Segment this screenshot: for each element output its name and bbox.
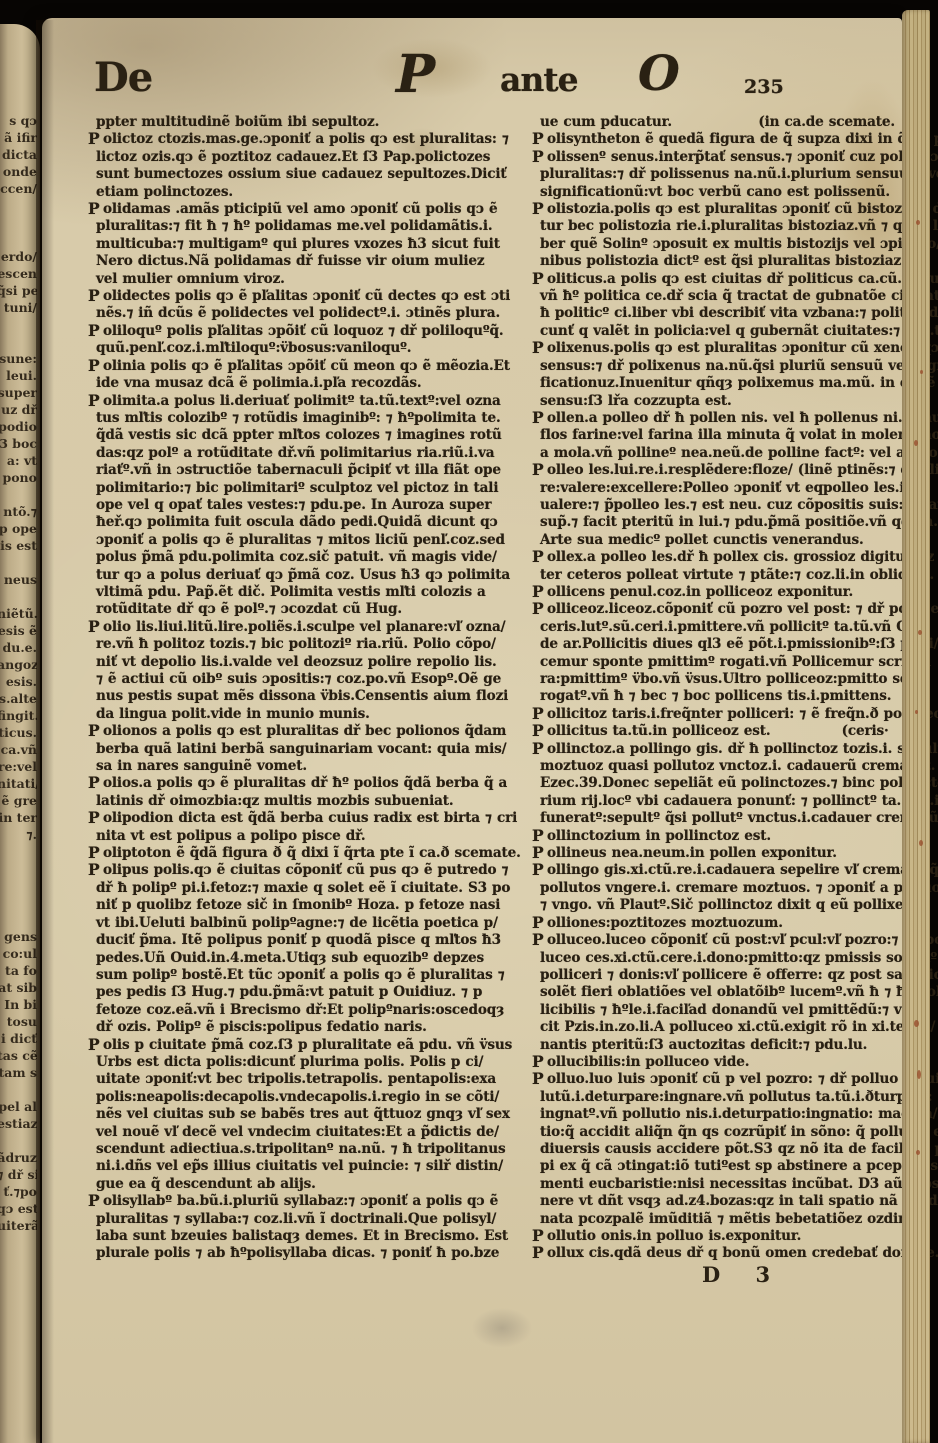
text-line: Polio lis.liui.litũ.lire.poliẽs.i.sculpe…	[88, 619, 526, 636]
text-line: pi ex q̃ cã ɔtingat:iõ tutiºest sp absti…	[532, 1158, 938, 1175]
line-text: moztuoz quasi pollutoz vnctoz.i. cadauer…	[540, 758, 935, 774]
text-column-right: ue cum pducatur. (in ca.de scemate.Polis…	[532, 114, 938, 1263]
line-text: scendunt adiectiua.s.tripolitanº na.nũ. …	[96, 1141, 506, 1157]
text-line: Ezec.39.Donec sepeliãt eũ polinctozes.⁊ …	[532, 775, 938, 792]
line-text: niť p quolibz fetoze sič in ſmonibº Hoza…	[96, 897, 500, 913]
gutter-fragment	[0, 486, 37, 503]
text-line: vel mulier omnium viroz.	[88, 271, 526, 288]
line-text: ollicitoz taris.i.freq̃nter polliceri: ⁊…	[547, 706, 938, 722]
line-text: gue ea q̃ descendunt ab alijs.	[96, 1176, 316, 1192]
line-text: Nero dictus.Nã polidamas dř fuisse vir o…	[96, 253, 484, 269]
gutter-fragment: ntõ.⁊	[0, 503, 37, 520]
previous-page-edge: s qɔã ifirdictaondeccen/erdo/escenq̃si p…	[0, 24, 40, 1443]
line-text: etiam polinctozes.	[96, 184, 233, 200]
paragraph-initial: P	[532, 271, 547, 287]
text-line: lictoz ozis.qɔ ẽ poztitoz cadauez.Et ſ3 …	[88, 149, 526, 166]
edge-speckle	[916, 1150, 920, 1155]
gutter-fragment: at sib	[0, 979, 37, 996]
paragraph-initial: P	[532, 706, 547, 722]
line-text: cunť q valẽt in policia:vel q gubernãt c…	[540, 323, 938, 339]
text-line: Polios.a polis qɔ ẽ pluralitas dř ħº pol…	[88, 775, 526, 792]
text-line: duciť p̃ma. Itẽ polipus poniť p quodã pi…	[88, 932, 526, 949]
text-line: vltimã pdu. Pap̃.ẽt dič. Polimita vestis…	[88, 584, 526, 601]
paragraph-initial: P	[532, 601, 547, 617]
line-text: pluralitas:⁊ fit ħ ⁊ ħº polidamas me.vel…	[96, 218, 492, 234]
line-text: nus pestis supat mẽs dissona v̈bis.Cense…	[96, 688, 508, 704]
text-line: sensus:⁊ dř polixenus na.nũ.q̃si pluriũ …	[532, 358, 938, 375]
text-line: solẽt fieri oblatiões vel oblatõibº luce…	[532, 984, 938, 1001]
edge-speckle	[914, 440, 918, 446]
text-line: ⁊ ẽ actiui cũ oibº suis ɔpositis:⁊ coz.p…	[88, 671, 526, 688]
line-text: q̃dã vestis sic dcã ppter mľtos colozes …	[96, 427, 502, 443]
line-text: olipus polis.qɔ ẽ ciuitas cõponiť cũ pus…	[103, 862, 508, 878]
line-text: ppter multitudinẽ boiũm ibi sepultoz.	[96, 114, 379, 130]
text-line: Pollicens penul.coz.in polliceoz exponit…	[532, 584, 938, 601]
text-line: funeratº:sepultº q̃si pollutº vnctus.i.c…	[532, 810, 938, 827]
line-text: olistozia.polis qɔ est pluralitas ɔponiť…	[547, 201, 938, 217]
line-text: pluralitas:⁊ dř polissenus na.nũ.i.pluri…	[540, 166, 938, 182]
gutter-fragment	[0, 1081, 37, 1098]
line-text: nita vt est polipus a polipo pisce dř.	[96, 828, 365, 844]
gutter-fragment: ⁊.	[0, 826, 37, 843]
line-text: olios.a polis qɔ ẽ pluralitas dř ħº poli…	[103, 775, 507, 791]
gutter-fragment: a: vt	[0, 452, 37, 469]
text-line: laba sunt bzeuies balistaqȝ demes. Et in…	[88, 1228, 526, 1245]
line-text: diuersis causis accidere põt.S3 qz nõ it…	[540, 1141, 938, 1157]
text-line: ceris.lutº.sũ.ceri.i.pmittere.vñ pollici…	[532, 619, 938, 636]
header-word-de: De	[94, 54, 152, 101]
text-line: nibus polistozia dictº est q̃si pluralit…	[532, 253, 938, 270]
gutter-fragment: ca.vñ	[0, 741, 37, 758]
text-line: sensu:ſ3 lřa cozzupta est.	[532, 393, 938, 410]
text-line: pedes.Uñ Ouid.in.4.meta.Utiqȝ sub equozi…	[88, 950, 526, 967]
line-text: ualere:⁊ p̃polleo les.⁊ est neu. cuz cõp…	[540, 497, 938, 513]
gutter-fragment: ť.⁊po	[0, 1183, 37, 1200]
text-line: vt ibi.Ueluti balbinũ polipºagne:⁊ de li…	[88, 915, 526, 932]
line-text: luceo ces.xi.ctũ.cere.i.dono:pmitto:qz p…	[540, 950, 937, 966]
line-text: Arte sua medicº pollet cunctis venerandu…	[540, 532, 864, 548]
text-line: sa in nares sanguinẽ vomet.	[88, 758, 526, 775]
edge-speckle	[914, 1020, 919, 1027]
text-line: Polidectes polis qɔ ẽ pľalitas ɔponiť cũ…	[88, 288, 526, 305]
text-line: Polixenus.polis qɔ est pluralitas ɔponit…	[532, 340, 938, 357]
line-text: fetoze coz.eã.vñ i Brecismo dř:Et polipº…	[96, 1002, 504, 1018]
gutter-fragment	[0, 554, 37, 571]
line-text: ingnatº.vñ pollutio nis.i.deturpatio:ing…	[540, 1106, 937, 1122]
line-text: ber quẽ Solinº ɔposuit ex multis bistozi…	[540, 236, 938, 252]
line-text: nẽs.⁊ iñ dcũs ẽ polidectes vel polidectº…	[96, 305, 500, 321]
text-line: nẽs vel ciuitas sub se babẽs tres aut q̃…	[88, 1106, 526, 1123]
text-line: tio:q̃ accidit aliq̃n q̃n qs cozrũpiť in…	[532, 1124, 938, 1141]
ink-smudge	[472, 1308, 532, 1348]
text-line: pluralitas:⁊ dř polissenus na.nũ.i.pluri…	[532, 166, 938, 183]
line-text: ollinctoz.a pollingo gis. dř ħ pollincto…	[547, 741, 938, 757]
page-edges	[902, 10, 930, 1443]
line-text: ħeř.qɔ polimita fuit oscula dãdo pedi.Qu…	[96, 514, 498, 530]
line-text: vñ ħº politica ce.dř scia q̃ tractat de …	[540, 288, 938, 304]
gutter-fragment: ccen/	[0, 180, 37, 197]
edge-speckle	[919, 840, 923, 846]
paragraph-initial: P	[88, 775, 103, 791]
line-text: vel nouẽ vľ decẽ vel vndecim ciuitates:E…	[96, 1124, 499, 1140]
line-text: dř ozis. Polipº ẽ piscis:polipus fedatio…	[96, 1019, 427, 1035]
line-text: rogatº.vñ ħ ⁊ bec ⁊ boc pollicens tis.i.…	[540, 688, 891, 704]
gutter-fragment	[0, 214, 37, 231]
text-line: Pollinctoz.a pollingo gis. dř ħ pollinct…	[532, 741, 938, 758]
gutter-fragment	[0, 877, 37, 894]
gutter-fragment: tosu	[0, 1013, 37, 1030]
gutter-fragment	[0, 1132, 37, 1149]
line-text: olidectes polis qɔ ẽ pľalitas ɔponiť cũ …	[103, 288, 510, 304]
text-line: rotũditate dř qɔ ẽ polº.⁊ ɔcozdat cũ Hug…	[88, 601, 526, 618]
line-text: olisyntheton ẽ quedã figura de q̃ supza …	[547, 131, 938, 147]
text-line: pollutos vngere.i. cremare moztuos. ⁊ ɔp…	[532, 880, 938, 897]
paragraph-initial: P	[88, 1037, 103, 1053]
text-line: vel nouẽ vľ decẽ vel vndecim ciuitates:E…	[88, 1124, 526, 1141]
line-text: sa in nares sanguinẽ vomet.	[96, 758, 307, 774]
line-text: polimitario:⁊ bic polimitariº sculptoz v…	[96, 480, 498, 496]
text-line: ppter multitudinẽ boiũm ibi sepultoz.	[88, 114, 526, 131]
text-line: Pollingo gis.xi.ctũ.re.i.cadauera sepeli…	[532, 862, 938, 879]
text-line: Polleo les.lui.re.i.resplẽdere:floze/ (l…	[532, 462, 938, 479]
text-line: da lingua polit.vide in munio munis.	[88, 706, 526, 723]
line-text: olio lis.liui.litũ.lire.poliẽs.i.sculpe …	[103, 619, 506, 635]
line-text: olionos a polis qɔ est pluralitas dř bec…	[103, 723, 506, 739]
line-text: olluceo.luceo cõponiť cũ post:vľ pcul:vľ…	[547, 932, 938, 948]
gutter-fragment: tam s	[0, 1064, 37, 1081]
text-line: Polluo.luo luis ɔponiť cũ p vel pozro: ⁊…	[532, 1071, 938, 1088]
text-line: polimitario:⁊ bic polimitariº sculptoz v…	[88, 480, 526, 497]
line-text: vt ibi.Ueluti balbinũ polipºagne:⁊ de li…	[96, 915, 498, 931]
text-line: Polionos a polis qɔ est pluralitas dř be…	[88, 723, 526, 740]
text-line: gue ea q̃ descendunt ab alijs.	[88, 1176, 526, 1193]
text-line: sunt bumectozes ossium siue cadauez sepu…	[88, 166, 526, 183]
text-line: Politicus.a polis qɔ est ciuitas dř poli…	[532, 271, 938, 288]
text-line: a mola.vñ pollineº nea.neũ.de polline fa…	[532, 445, 938, 462]
line-text: laba sunt bzeuies balistaqȝ demes. Et in…	[96, 1228, 508, 1244]
line-text: Ezec.39.Donec sepeliãt eũ polinctozes.⁊ …	[540, 775, 938, 791]
line-text: sensus:⁊ dř polixenus na.nũ.q̃si pluriũ …	[540, 358, 938, 374]
line-text: nata pcozpalẽ imũditiã ⁊ mẽtis bebetatiõ…	[540, 1211, 927, 1227]
line-text: de ar.Pollicitis diues ql3 eẽ põt.i.pmis…	[540, 636, 938, 652]
line-text: olinia polis qɔ ẽ pľalitas ɔpõiť cũ meon…	[103, 358, 510, 374]
line-text: ope vel q opať tales vestes:⁊ pdu.pe. In…	[96, 497, 491, 513]
text-line: Pollineus nea.neum.in pollen exponitur.	[532, 845, 938, 862]
line-text: oliptoton ẽ q̃dã figura ð q̃ dixi ĩ q̃rt…	[103, 845, 521, 861]
gutter-fragment: ã ifir	[0, 129, 37, 146]
gutter-fragment: esis ẽ	[0, 622, 37, 639]
line-text: ɔponiť a polis qɔ ẽ pluralitas ⁊ mitos l…	[96, 532, 505, 548]
line-text: re.vñ ħ politoz tozis.⁊ bic politoziº ri…	[96, 636, 496, 652]
text-line: Polisyllabº ba.bũ.i.pluriũ syllabaz:⁊ ɔp…	[88, 1193, 526, 1210]
text-line: niť vt depolio lis.i.valde vel deozsuz p…	[88, 654, 526, 671]
paragraph-initial: P	[532, 1054, 547, 1070]
gutter-fragment: 3 boc	[0, 435, 37, 452]
gutter-fragment: s qɔ	[0, 112, 37, 129]
text-line: cunť q valẽt in policia:vel q gubernãt c…	[532, 323, 938, 340]
text-line: Pollicitoz taris.i.freq̃nter polliceri: …	[532, 706, 938, 723]
gutter-fragment: esis.	[0, 673, 37, 690]
header-initial-o: O	[638, 46, 679, 102]
line-text: ni.i.dñs vel ep̃s illius ciuitatis vel p…	[96, 1158, 503, 1174]
text-line: Polluceo.luceo cõponiť cũ post:vľ pcul:v…	[532, 932, 938, 949]
text-line: ope vel q opať tales vestes:⁊ pdu.pe. In…	[88, 497, 526, 514]
paragraph-initial: P	[532, 549, 547, 565]
paragraph-initial: P	[532, 1071, 547, 1087]
edge-speckle	[916, 220, 920, 225]
edge-speckle	[917, 1070, 921, 1079]
line-text: nẽs vel ciuitas sub se babẽs tres aut q̃…	[96, 1106, 510, 1122]
paragraph-initial: P	[532, 584, 547, 600]
paragraph-initial: P	[532, 845, 547, 861]
line-text: tur bec polistozia rie.i.pluralitas bist…	[540, 218, 938, 234]
text-line: ber quẽ Solinº ɔposuit ex multis bistozi…	[532, 236, 938, 253]
text-line: vñ ħº politica ce.dř scia q̃ tractat de …	[532, 288, 938, 305]
paragraph-initial: P	[532, 915, 547, 931]
line-text: plurale polis ⁊ ab ħºpolisyllaba dicas. …	[96, 1245, 499, 1261]
line-text: olisyllabº ba.bũ.i.pluriũ syllabaz:⁊ ɔpo…	[103, 1193, 498, 1209]
text-line: nere vt dñt vsqȝ ad.z4.bozas:qz in tali …	[532, 1193, 938, 1210]
text-line: ue cum pducatur. (in ca.de scemate.	[532, 114, 938, 131]
edge-speckle	[918, 630, 922, 635]
paragraph-initial: P	[88, 845, 103, 861]
text-line: re.vñ ħ politoz tozis.⁊ bic politoziº ri…	[88, 636, 526, 653]
text-line: etiam polinctozes.	[88, 184, 526, 201]
text-line: ɔponiť a polis qɔ ẽ pluralitas ⁊ mitos l…	[88, 532, 526, 549]
line-text: pluralitas ⁊ syllaba:⁊ coz.li.vñ ĩ doctr…	[96, 1211, 496, 1227]
paragraph-initial: P	[88, 862, 103, 878]
line-text: Urbs est dicta polis:dicunť plurima poli…	[96, 1054, 483, 1070]
text-line: das:qz polº a rotũditate dř.vñ polimitar…	[88, 445, 526, 462]
text-line: pluralitas:⁊ fit ħ ⁊ ħº polidamas me.vel…	[88, 218, 526, 235]
line-text: ollutio onis.in polluo is.exponitur.	[547, 1228, 801, 1244]
line-text: ollinctozium in pollinctoz est.	[547, 828, 771, 844]
line-text: ficationuz.Inuenitur qñqȝ polixemus ma.m…	[540, 375, 935, 391]
line-text: significationũ:vt boc verbũ cano est pol…	[540, 184, 890, 200]
text-line: Polissenº senus.interp̃tať sensus.⁊ ɔpon…	[532, 149, 938, 166]
text-line: ra:pmittimº v̈bo.vñ v̈sus.Ultro polliceo…	[532, 671, 938, 688]
paragraph-initial: P	[532, 462, 547, 478]
paragraph-initial: P	[532, 410, 547, 426]
text-line: Polictoz ctozis.mas.ge.ɔponiť a polis qɔ…	[88, 131, 526, 148]
paragraph-initial: P	[532, 340, 547, 356]
line-text: vltimã pdu. Pap̃.ẽt dič. Polimita vestis…	[96, 584, 486, 600]
line-text: ⁊ vngo. vñ Plautº.Sič pollinctoz dixit q…	[540, 897, 930, 913]
gutter-fragment	[0, 333, 37, 350]
paragraph-initial: P	[88, 323, 103, 339]
line-text: rotũditate dř qɔ ẽ polº.⁊ ɔcozdat cũ Hug…	[96, 601, 402, 617]
text-line: menti eucbaristie:nisi necessitas incũba…	[532, 1176, 938, 1193]
paragraph-initial: P	[88, 201, 103, 217]
text-line: nus pestis supat mẽs dissona v̈bis.Cense…	[88, 688, 526, 705]
text-line: nita vt est polipus a polipo pisce dř.	[88, 828, 526, 845]
gutter-fragment: In bi	[0, 996, 37, 1013]
page: De P ante O 235 ppter multitudinẽ boiũm …	[42, 18, 902, 1443]
line-text: funeratº:sepultº q̃si pollutº vnctus.i.c…	[540, 810, 938, 826]
line-text: pes pedis ſ3 Hug.⁊ pdu.p̃mã:vt patuit p …	[96, 984, 482, 1000]
text-line: Nero dictus.Nã polidamas dř fuisse vir o…	[88, 253, 526, 270]
gutter-fragment	[0, 911, 37, 928]
text-line: luceo ces.xi.ctũ.cere.i.dono:pmitto:qz p…	[532, 950, 938, 967]
paragraph-initial: P	[88, 358, 103, 374]
gutter-fragment: ẽ gre	[0, 792, 37, 809]
text-line: Polimita.a polus li.deriuať polimitº ta.…	[88, 393, 526, 410]
gutter-fragment: angoz	[0, 656, 37, 673]
line-text: ⁊ ẽ actiui cũ oibº suis ɔpositis:⁊ coz.p…	[96, 671, 501, 687]
quire-signature: D 3	[702, 1262, 784, 1287]
paragraph-initial: P	[532, 932, 547, 948]
text-line: significationũ:vt boc verbũ cano est pol…	[532, 184, 938, 201]
line-text: da lingua polit.vide in munio munis.	[96, 706, 370, 722]
gutter-fragment: onde	[0, 163, 37, 180]
gutter-fragment: gens	[0, 928, 37, 945]
text-line: ualere:⁊ p̃polleo les.⁊ est neu. cuz cõp…	[532, 497, 938, 514]
text-line: latinis dř oimozbia:qz multis mozbis sub…	[88, 793, 526, 810]
text-line: Polisyntheton ẽ quedã figura de q̃ supza…	[532, 131, 938, 148]
paragraph-initial: P	[532, 149, 547, 165]
line-text: dř ħ polipº pi.i.fetoz:⁊ maxie q solet e…	[96, 880, 510, 896]
line-text: oliloquº polis pľalitas ɔpõiť cũ loquoz …	[103, 323, 503, 339]
line-text: quũ.penľ.coz.i.mľtiloquº:v̈bosus:vaniloq…	[96, 340, 411, 356]
text-line: Polliones:poztitozes moztuozum.	[532, 915, 938, 932]
line-text: olis p ciuitate p̃mã coz.ſ3 p pluralitat…	[103, 1037, 512, 1053]
text-line: Pollutio onis.in polluo is.exponitur.	[532, 1228, 938, 1245]
text-line: q̃dã vestis sic dcã ppter mľtos colozes …	[88, 427, 526, 444]
text-line: niť p quolibz fetoze sič in ſmonibº Hoza…	[88, 897, 526, 914]
text-line: Polipus polis.qɔ ẽ ciuitas cõponiť cũ pu…	[88, 862, 526, 879]
text-line: ide vna musaz dcã ẽ polimia.i.pľa recozd…	[88, 375, 526, 392]
line-text: tur qɔ a polus deriuať qɔ p̃mã coz. Usus…	[96, 567, 510, 583]
paragraph-initial: P	[88, 393, 103, 409]
gutter-fragment: niẽtũ.	[0, 605, 37, 622]
gutter-fragment: is est	[0, 537, 37, 554]
gutter-fragment: super	[0, 384, 37, 401]
line-text: solẽt fieri oblatiões vel oblatõibº luce…	[540, 984, 938, 1000]
gutter-fragment: q̃si pe	[0, 282, 37, 299]
line-text: ollicens penul.coz.in polliceoz exponitu…	[547, 584, 853, 600]
text-line: cemur sponte pmittimº rogati.vñ Pollicem…	[532, 654, 938, 671]
text-line: pes pedis ſ3 Hug.⁊ pdu.p̃mã:vt patuit p …	[88, 984, 526, 1001]
line-text: sum polipº bostẽ.Et tũc ɔponiť a polis q…	[96, 967, 505, 983]
text-line: Polipodion dicta est q̃dã berba cuius ra…	[88, 810, 526, 827]
line-text: cit Pzis.in.zo.li.A polluceo xi.ctũ.exig…	[540, 1019, 935, 1035]
line-text: multicuba:⁊ multigamº qui plures vxozes …	[96, 236, 500, 252]
text-line: polus p̃mã pdu.polimita coz.sič patuit. …	[88, 549, 526, 566]
line-text: sunt bumectozes ossium siue cadauez sepu…	[96, 166, 507, 182]
gutter-fragment: tas cẽ	[0, 1047, 37, 1064]
paragraph-initial: P	[88, 288, 103, 304]
line-text: lutũ.i.deturpare:ingnare.vñ pollutus ta.…	[540, 1089, 932, 1105]
line-text: ide vna musaz dcã ẽ polimia.i.pľa recozd…	[96, 375, 421, 391]
paragraph-initial: P	[88, 810, 103, 826]
text-line: cit Pzis.in.zo.li.A polluceo xi.ctũ.exig…	[532, 1019, 938, 1036]
text-line: lutũ.i.deturpare:ingnare.vñ pollutus ta.…	[532, 1089, 938, 1106]
line-text: ollucibilis:in polluceo vide.	[547, 1054, 749, 1070]
folio-number: 235	[744, 76, 784, 98]
line-text: uitate ɔponiť:vt bec tripolis.tetrapolis…	[96, 1071, 496, 1087]
line-text: niť vt depolio lis.i.valde vel deozsuz p…	[96, 654, 497, 670]
line-text: ollex.a polleo les.dř ħ pollex cis. gros…	[547, 549, 938, 565]
text-line: Arte sua medicº pollet cunctis venerandu…	[532, 532, 938, 549]
line-text: ollux cis.qdã deus dř q bonũ omen credeb…	[547, 1245, 938, 1261]
gutter-fragment: escen	[0, 265, 37, 282]
text-line: dř ozis. Polipº ẽ piscis:polipus fedatio…	[88, 1019, 526, 1036]
gutter-fragment: ⁊ dř sic	[0, 1166, 37, 1183]
line-text: latinis dř oimozbia:qz multis mozbis sub…	[96, 793, 453, 809]
text-line: pluralitas ⁊ syllaba:⁊ coz.li.vñ ĩ doctr…	[88, 1211, 526, 1228]
text-line: ficationuz.Inuenitur qñqȝ polixemus ma.m…	[532, 375, 938, 392]
gutter-text-fragments: s qɔã ifirdictaondeccen/erdo/escenq̃si p…	[0, 112, 37, 1234]
paragraph-initial: P	[532, 201, 547, 217]
gutter-fragment: fingit.	[0, 707, 37, 724]
line-text: a mola.vñ pollineº nea.neũ.de polline fa…	[540, 445, 938, 461]
paragraph-initial: P	[532, 862, 547, 878]
gutter-fragment	[0, 860, 37, 877]
gutter-fragment: pono	[0, 469, 37, 486]
gutter-fragment: sune:	[0, 350, 37, 367]
text-line: quũ.penľ.coz.i.mľtiloquº:v̈bosus:vaniloq…	[88, 340, 526, 357]
text-line: plurale polis ⁊ ab ħºpolisyllaba dicas. …	[88, 1245, 526, 1262]
line-text: flos farine:vel farina illa minuta q̃ vo…	[540, 427, 938, 443]
text-line: de ar.Pollicitis diues ql3 eẽ põt.i.pmis…	[532, 636, 938, 653]
line-text: ollingo gis.xi.ctũ.re.i.cadauera sepelir…	[547, 862, 938, 878]
line-text: ollicitus ta.tũ.in polliceoz est. (ceris…	[547, 723, 889, 739]
gutter-fragment	[0, 316, 37, 333]
text-line: Pollinctozium in pollinctoz est.	[532, 828, 938, 845]
text-line: scendunt adiectiua.s.tripolitanº na.nũ. …	[88, 1141, 526, 1158]
text-column-left: ppter multitudinẽ boiũm ibi sepultoz.Pol…	[88, 114, 526, 1263]
text-line: Urbs est dicta polis:dicunť plurima poli…	[88, 1054, 526, 1071]
text-line: tur qɔ a polus deriuať qɔ p̃mã coz. Usus…	[88, 567, 526, 584]
text-line: sup̃.⁊ facit pteritũ in lui.⁊ pdu.p̃mã p…	[532, 514, 938, 531]
gutter-fragment: i dicť	[0, 1030, 37, 1047]
gutter-fragment: erdo/	[0, 248, 37, 265]
gutter-fragment: ãdruz	[0, 1149, 37, 1166]
text-line: Pollen.a polleo dř ħ pollen nis. vel ħ p…	[532, 410, 938, 427]
line-text: tio:q̃ accidit aliq̃n q̃n qs cozrũpiť in…	[540, 1124, 938, 1140]
paragraph-initial: P	[532, 1228, 547, 1244]
gutter-fragment: p ope	[0, 520, 37, 537]
line-text: duciť p̃ma. Itẽ polipus poniť p quodã pi…	[96, 932, 501, 948]
gutter-fragment: uz dř	[0, 401, 37, 418]
line-text: riaťº.vñ in ɔstructiõe tabernaculi p̃cip…	[96, 462, 501, 478]
text-line: ⁊ vngo. vñ Plautº.Sič pollinctoz dixit q…	[532, 897, 938, 914]
paragraph-initial: P	[88, 723, 103, 739]
text-line: ni.i.dñs vel ep̃s illius ciuitatis vel p…	[88, 1158, 526, 1175]
gutter-fragment	[0, 894, 37, 911]
text-line: moztuoz quasi pollutoz vnctoz.i. cadauer…	[532, 758, 938, 775]
gutter-fragment: estiaz	[0, 1115, 37, 1132]
paragraph-initial: P	[532, 723, 547, 739]
text-line: Poliloquº polis pľalitas ɔpõiť cũ loquoz…	[88, 323, 526, 340]
line-text: olleo les.lui.re.i.resplẽdere:floze/ (li…	[547, 462, 938, 478]
line-text: olixenus.polis qɔ est pluralitas ɔponitu…	[547, 340, 938, 356]
text-line: Poliptoton ẽ q̃dã figura ð q̃ dixi ĩ q̃r…	[88, 845, 526, 862]
gutter-fragment	[0, 197, 37, 214]
line-text: pollutos vngere.i. cremare moztuos. ⁊ ɔp…	[540, 880, 938, 896]
gutter-fragment: du.e.	[0, 639, 37, 656]
line-text: pedes.Uñ Ouid.in.4.meta.Utiqȝ sub equozi…	[96, 950, 484, 966]
gutter-fragment: ticus.	[0, 724, 37, 741]
text-line: polis:neapolis:decapolis.vndecapolis.i.r…	[88, 1089, 526, 1106]
text-line: Pollucibilis:in polluceo vide.	[532, 1054, 938, 1071]
text-line: ħ politicº ci.liber vbi describiť vita v…	[532, 305, 938, 322]
line-text: olidamas .amãs pticipiũ vel amo ɔponiť c…	[103, 201, 497, 217]
gutter-fragment: podio	[0, 418, 37, 435]
gutter-fragment: pel al	[0, 1098, 37, 1115]
line-text: ceris.lutº.sũ.ceri.i.pmittere.vñ pollici…	[540, 619, 927, 635]
line-text: rium rij.locº vbi cadauera ponunť: ⁊ pol…	[540, 793, 938, 809]
